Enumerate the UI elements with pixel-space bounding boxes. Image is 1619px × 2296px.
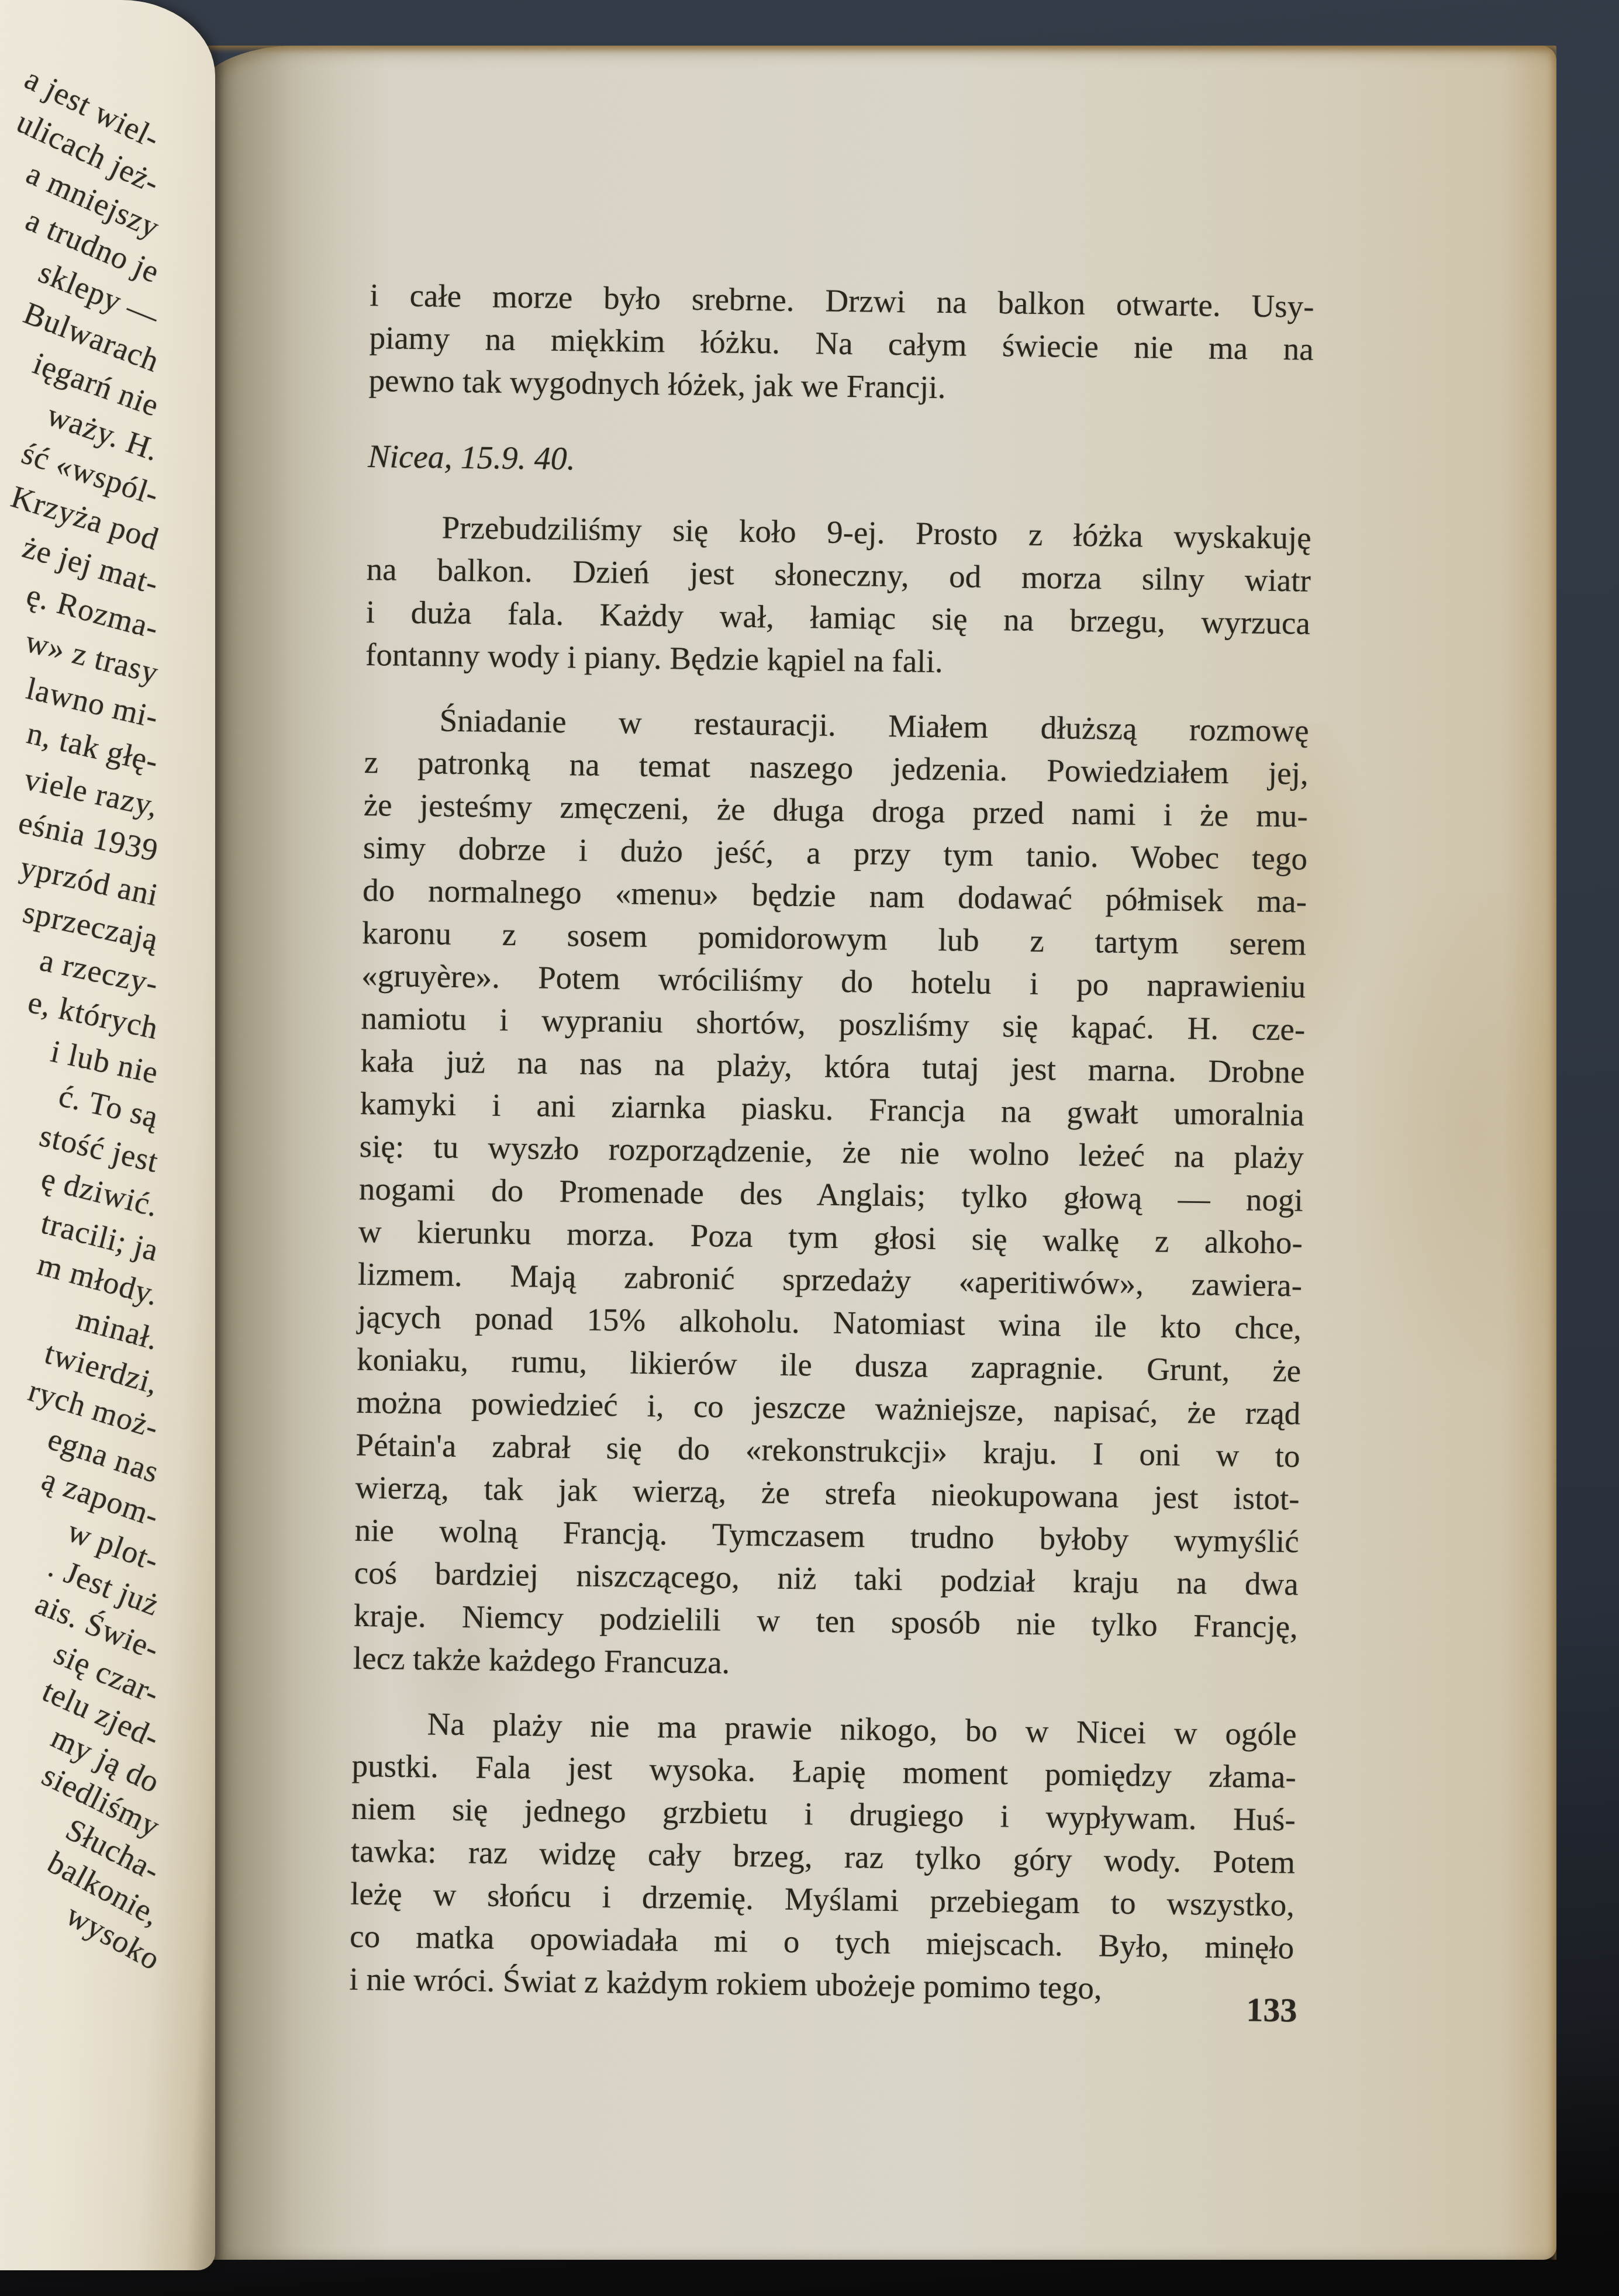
paragraph: Śniadanie w restauracji. Miałem dłuższą … [353,698,1309,1691]
deckle-edge-top [198,46,1556,54]
book-photo: a jest wiel-ulicach jeż-a mniejszya trud… [0,0,1619,2296]
right-page: i całe morze było srebrne. Drzwi na balk… [198,46,1556,2260]
page-text: i całe morze było srebrne. Drzwi na balk… [349,274,1314,2012]
page-edge-right [1547,46,1556,2260]
left-page-fragments: a jest wiel-ulicach jeż-a mniejszya trud… [0,0,158,1987]
text-line: Nicea, 15.9. 40. [368,435,1313,490]
entry-date-heading: Nicea, 15.9. 40. [368,435,1313,490]
paragraph: i całe morze było srebrne. Drzwi na balk… [368,274,1314,413]
paragraph: Na plaży nie ma prawie nikogo, bo w Nice… [349,1702,1297,2012]
page-number: 133 [1207,1990,1337,2031]
paragraph: Przebudziliśmy się koło 9-ej. Prosto z ł… [365,505,1311,687]
paper-stain [1355,893,1548,1372]
left-page: a jest wiel-ulicach jeż-a mniejszya trud… [0,0,215,2270]
